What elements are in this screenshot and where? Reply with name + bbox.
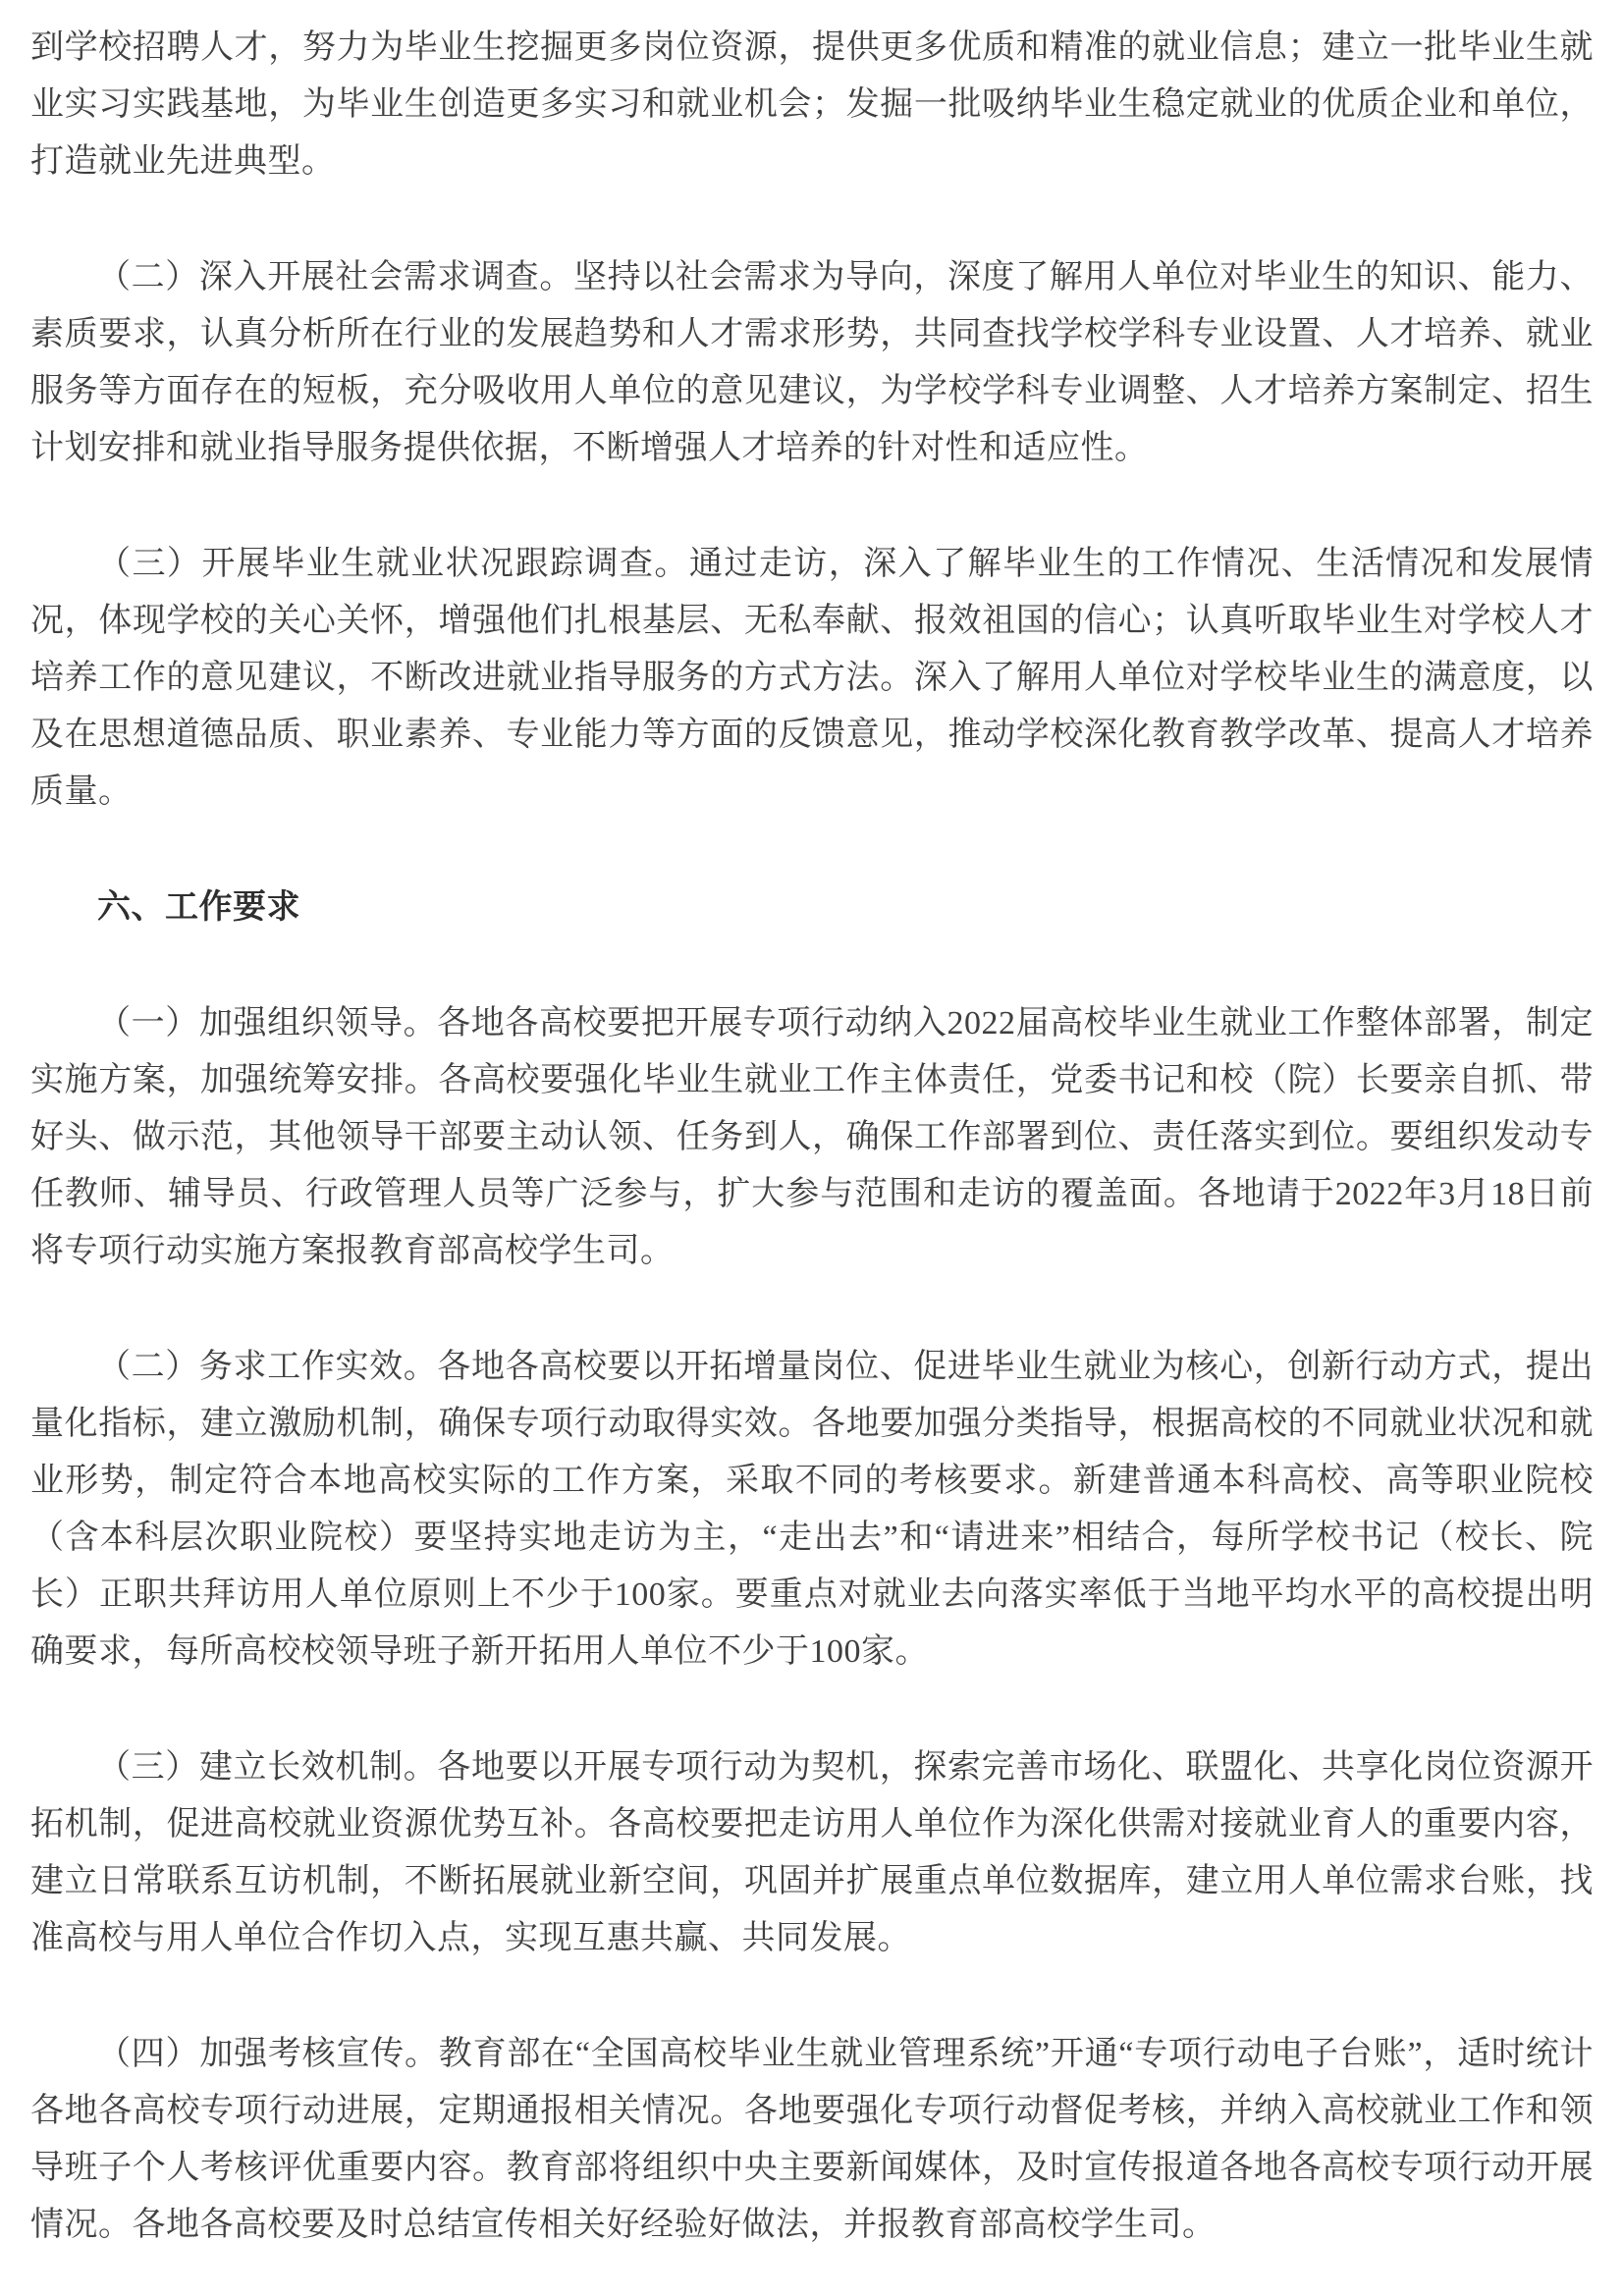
paragraph: （二）深入开展社会需求调查。坚持以社会需求为导向，深度了解用人单位对毕业生的知识… — [30, 249, 1594, 477]
paragraph: （三）开展毕业生就业状况跟踪调查。通过走访，深入了解毕业生的工作情况、生活情况和… — [30, 536, 1594, 821]
paragraph: （一）加强组织领导。各地各高校要把开展专项行动纳入2022届高校毕业生就业工作整… — [30, 995, 1594, 1280]
paragraph: （四）加强考核宣传。教育部在“全国高校毕业生就业管理系统”开通“专项行动电子台账… — [30, 2026, 1594, 2254]
paragraph: （三）建立长效机制。各地要以开展专项行动为契机，探索完善市场化、联盟化、共享化岗… — [30, 1739, 1594, 1967]
document-page: 到学校招聘人才，努力为毕业生挖掘更多岗位资源，提供更多优质和精准的就业信息；建立… — [0, 0, 1623, 2296]
document-body: 到学校招聘人才，努力为毕业生挖掘更多岗位资源，提供更多优质和精准的就业信息；建立… — [30, 20, 1594, 2254]
paragraph: 到学校招聘人才，努力为毕业生挖掘更多岗位资源，提供更多优质和精准的就业信息；建立… — [30, 20, 1594, 190]
paragraph: （二）务求工作实效。各地各高校要以开拓增量岗位、促进毕业生就业为核心，创新行动方… — [30, 1339, 1594, 1681]
section-heading: 六、工作要求 — [30, 880, 1594, 936]
